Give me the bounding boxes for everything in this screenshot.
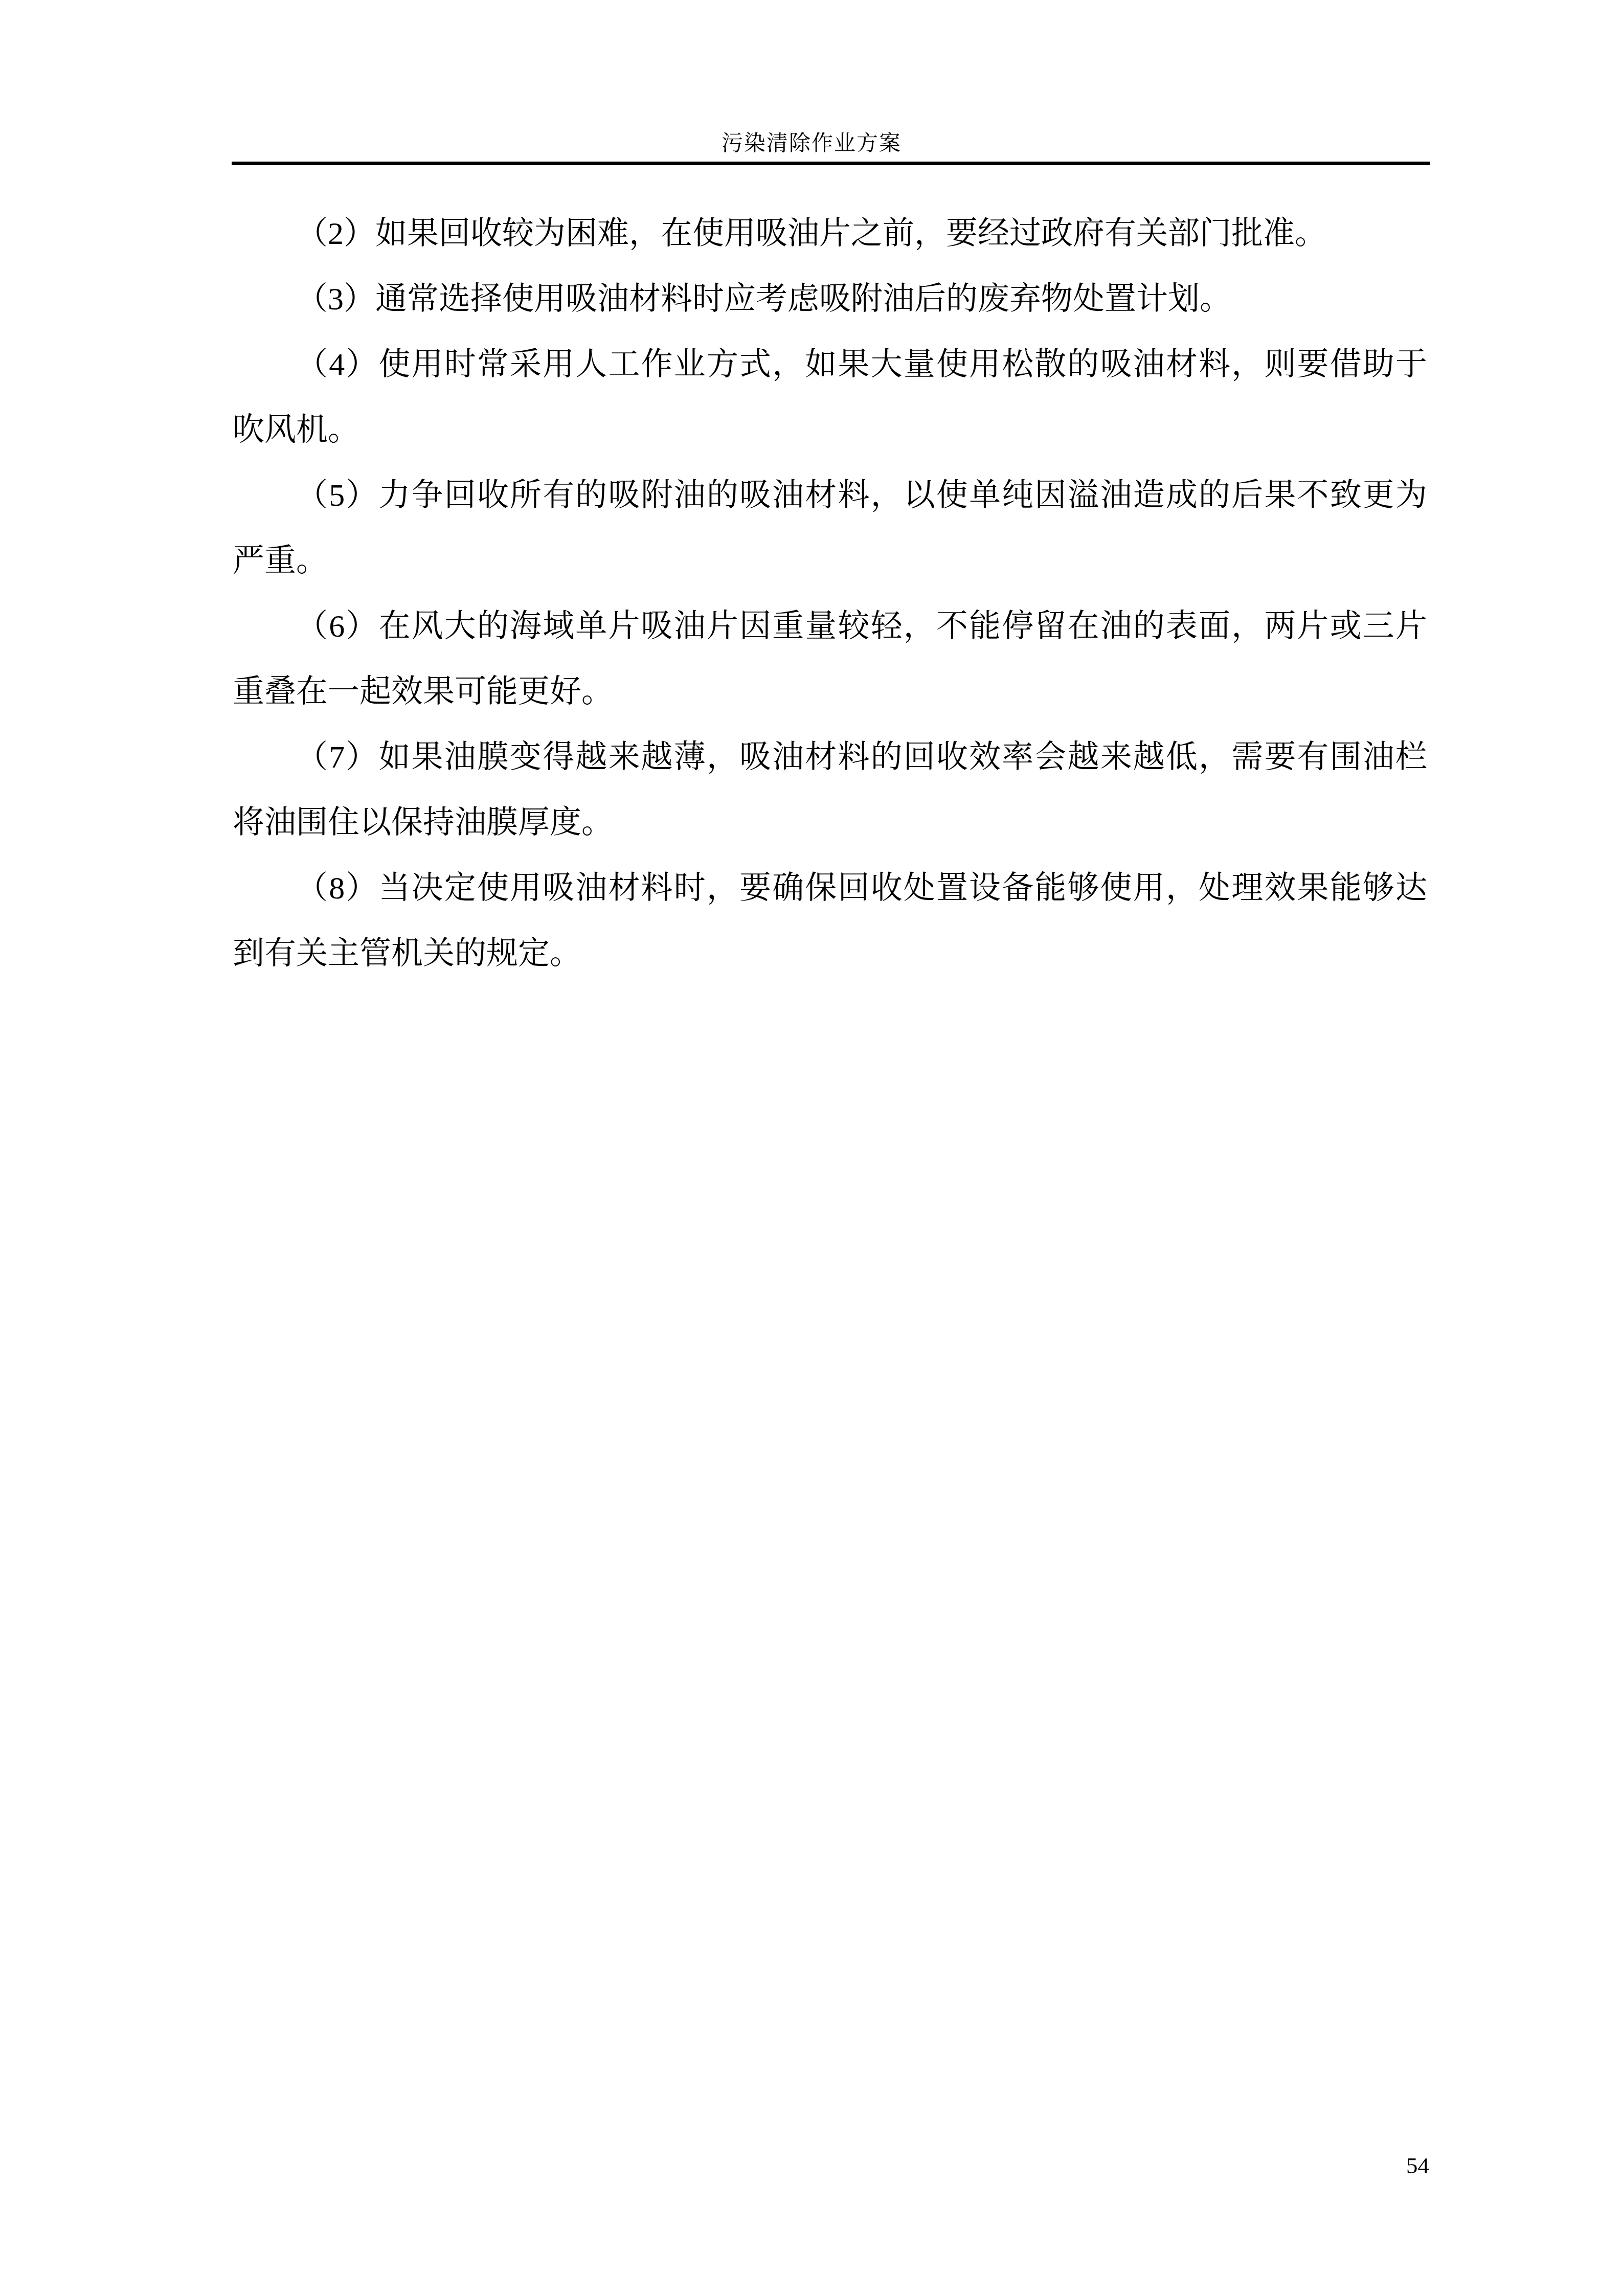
paragraph-5-line-1: （5）力争回收所有的吸附油的吸油材料，以使单纯因溢油造成的后果不致更为 [233, 463, 1427, 528]
paragraph-8-line-1: （8）当决定使用吸油材料时，要确保回收处置设备能够使用，处理效果能够达 [233, 856, 1427, 921]
paragraph-4-line-1: （4）使用时常采用人工作业方式，如果大量使用松散的吸油材料，则要借助于 [233, 332, 1427, 397]
paragraph-2-line-1: （2）如果回收较为困难，在使用吸油片之前，要经过政府有关部门批准。 [233, 201, 1427, 266]
document-page: 污染清除作业方案 （2）如果回收较为困难，在使用吸油片之前，要经过政府有关部门批… [0, 0, 1623, 2296]
paragraph-8-line-2: 到有关主管机关的规定。 [233, 921, 1427, 986]
header-rule-divider [232, 162, 1430, 165]
page-header-title: 污染清除作业方案 [0, 128, 1623, 160]
document-body: （2）如果回收较为困难，在使用吸油片之前，要经过政府有关部门批准。 （3）通常选… [233, 201, 1427, 986]
paragraph-6-line-1: （6）在风大的海域单片吸油片因重量较轻，不能停留在油的表面，两片或三片 [233, 594, 1427, 659]
paragraph-5-line-2: 严重。 [233, 528, 1427, 594]
paragraph-7-line-2: 将油围住以保持油膜厚度。 [233, 790, 1427, 856]
paragraph-4-line-2: 吹风机。 [233, 397, 1427, 463]
page-footer: 54 [233, 2150, 1429, 2181]
paragraph-3-line-1: （3）通常选择使用吸油材料时应考虑吸附油后的废弃物处置计划。 [233, 266, 1427, 332]
paragraph-7-line-1: （7）如果油膜变得越来越薄，吸油材料的回收效率会越来越低，需要有围油栏 [233, 725, 1427, 790]
paragraph-6-line-2: 重叠在一起效果可能更好。 [233, 659, 1427, 725]
page-number: 54 [1406, 2153, 1429, 2178]
